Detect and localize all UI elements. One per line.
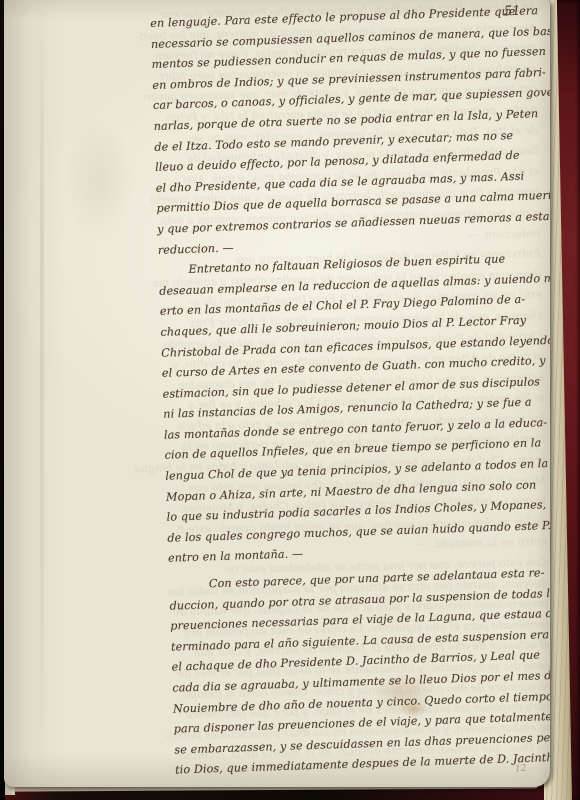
manuscript-paragraph: Con esto parece, que por una parte se ad…: [169, 562, 550, 781]
folio-mark: 12: [514, 763, 526, 776]
manuscript-paragraph: en lenguaje. Para este effecto le propus…: [150, 1, 550, 261]
paper-stain: [64, 120, 134, 240]
manuscript-paragraph: Entretanto no faltauan Religiosos de bue…: [158, 248, 550, 570]
manuscript-text: en lenguaje. Para este effecto le propus…: [150, 1, 550, 782]
scanned-manuscript-photo: en lenguaje. Para este effecto le propus…: [0, 0, 580, 800]
paper-crease: [40, 0, 44, 780]
manuscript-page: en lenguaje. Para este effecto le propus…: [4, 0, 550, 787]
